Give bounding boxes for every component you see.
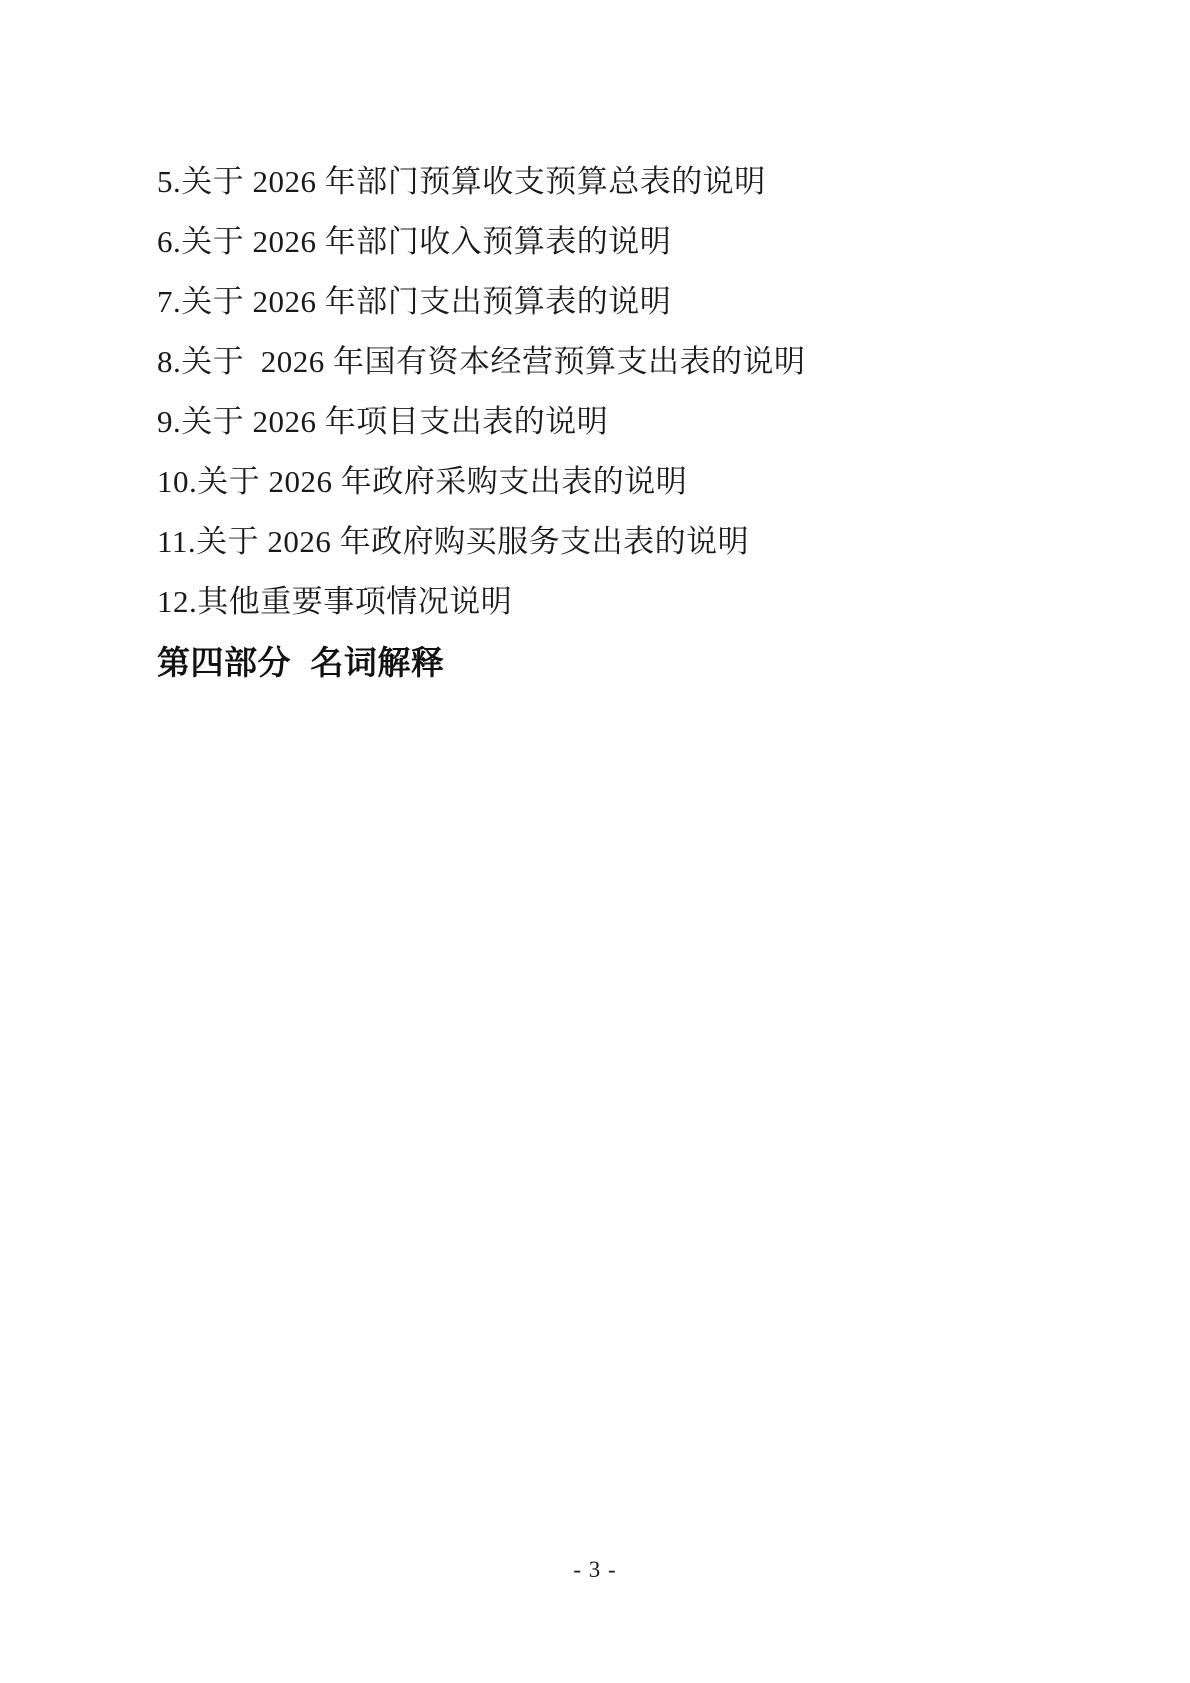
toc-item-10: 10.关于 2026 年政府采购支出表的说明 — [157, 465, 1080, 525]
toc-item-7: 7.关于 2026 年部门支出预算表的说明 — [157, 285, 1080, 345]
page-number: - 3 - — [0, 1556, 1190, 1584]
document-page: 5.关于 2026 年部门预算收支预算总表的说明 6.关于 2026 年部门收入… — [0, 0, 1190, 1683]
toc-item-8: 8.关于 2026 年国有资本经营预算支出表的说明 — [157, 345, 1080, 405]
toc-item-9: 9.关于 2026 年项目支出表的说明 — [157, 405, 1080, 465]
toc-item-11: 11.关于 2026 年政府购买服务支出表的说明 — [157, 525, 1080, 585]
table-of-contents: 5.关于 2026 年部门预算收支预算总表的说明 6.关于 2026 年部门收入… — [157, 165, 1080, 681]
section-heading: 第四部分 名词解释 — [157, 645, 1080, 681]
toc-item-12: 12.其他重要事项情况说明 — [157, 585, 1080, 645]
toc-item-6: 6.关于 2026 年部门收入预算表的说明 — [157, 225, 1080, 285]
toc-item-5: 5.关于 2026 年部门预算收支预算总表的说明 — [157, 165, 1080, 225]
